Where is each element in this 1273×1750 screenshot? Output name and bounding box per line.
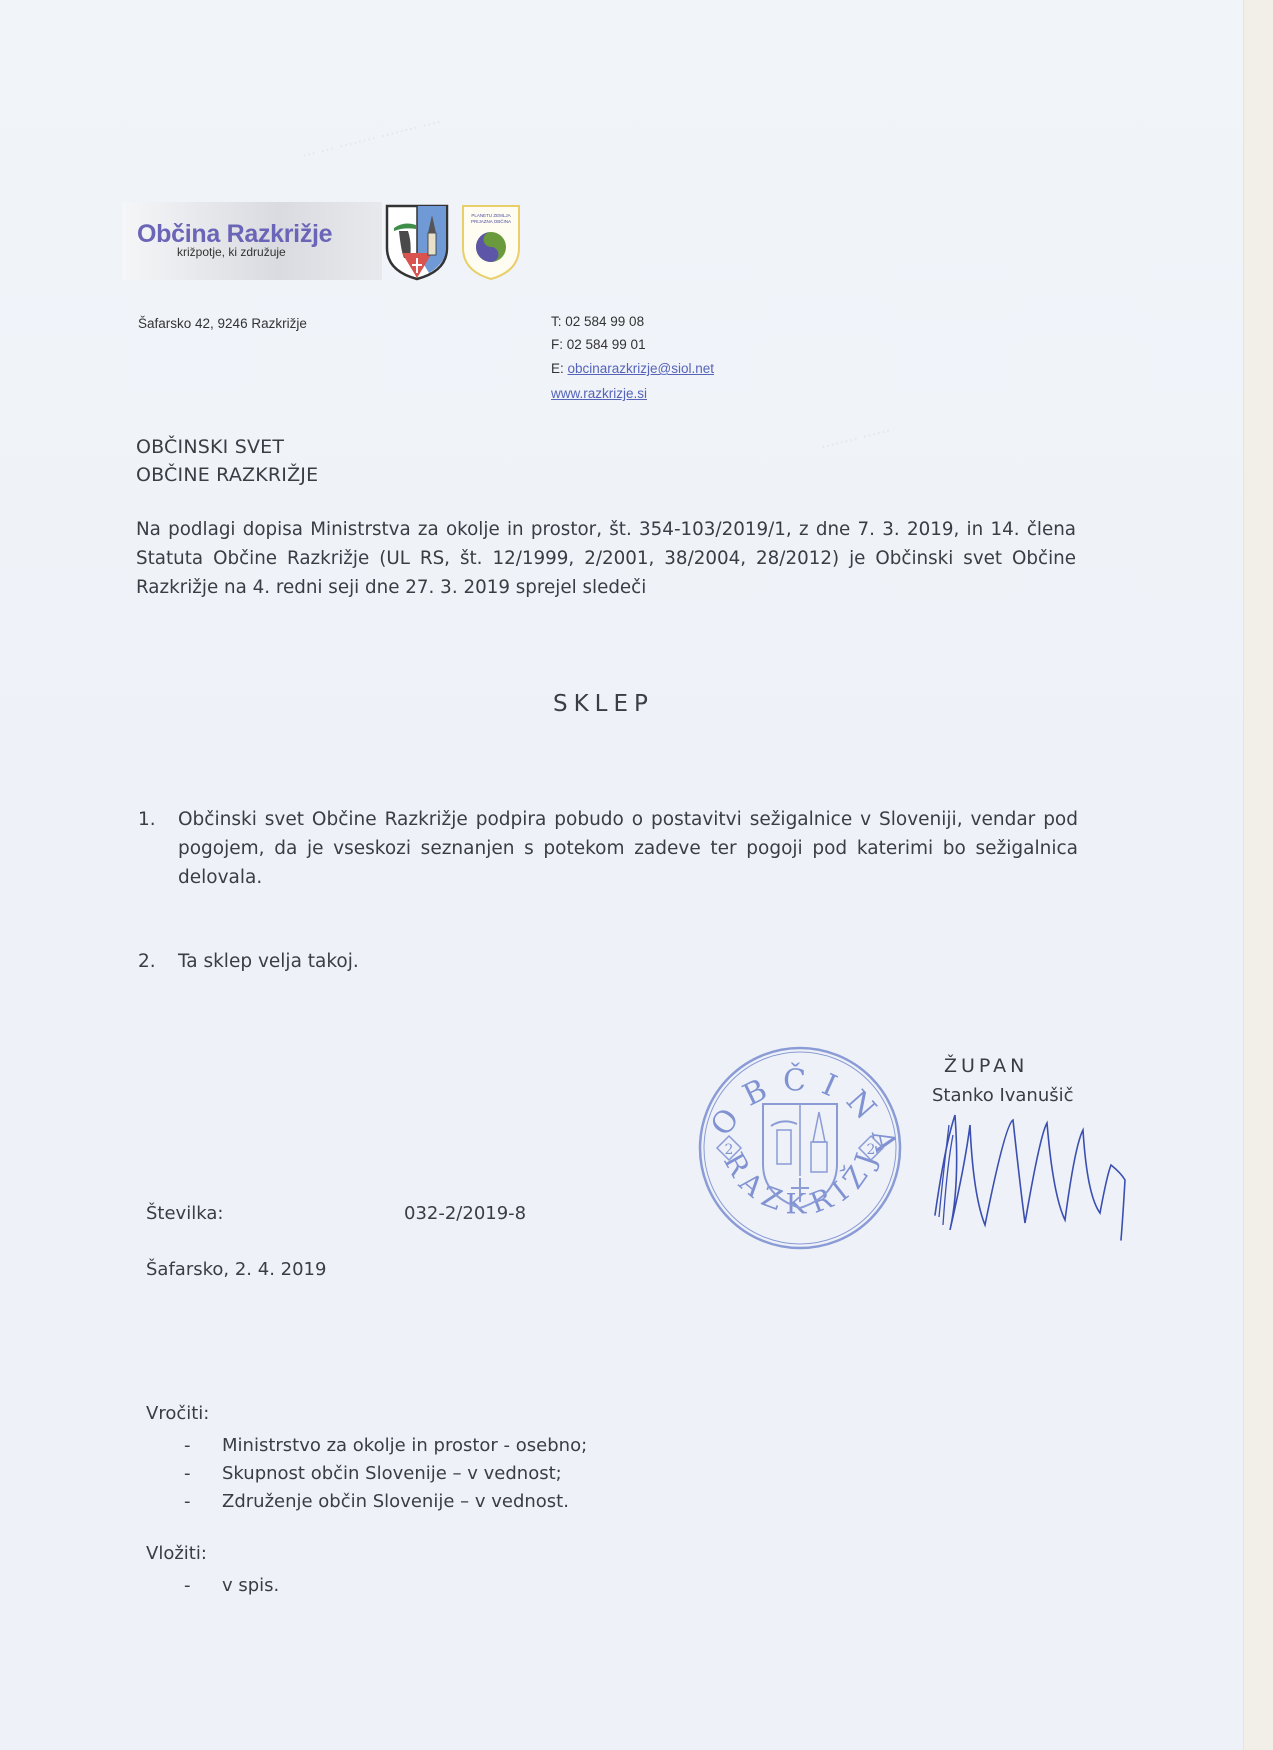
list-item-text: Združenje občin Slovenije – v vednost. [222, 1488, 569, 1516]
email-prefix: E: [551, 361, 568, 376]
website-link[interactable]: www.razkrizje.si [551, 386, 647, 401]
recipient-line-1: OBČINSKI SVET [136, 436, 284, 458]
item-text: Občinski svet Občine Razkrižje podpira p… [178, 805, 1078, 892]
intro-paragraph: Na podlagi dopisa Ministrstva za okolje … [136, 515, 1076, 602]
svg-text:PRIJAZNA OBČINA: PRIJAZNA OBČINA [471, 218, 511, 224]
list-item-text: Skupnost občin Slovenije – v vednost; [222, 1460, 562, 1488]
municipal-coat-of-arms-icon [384, 203, 450, 281]
item-number: 1. [138, 805, 156, 834]
file-to-label: Vložiti: [146, 1543, 207, 1564]
deliver-to-label: Vročiti: [146, 1403, 209, 1424]
document-number-value: 032-2/2019-8 [404, 1203, 526, 1224]
mayor-title: ŽUPAN [944, 1055, 1028, 1077]
item-text: Ta sklep velja takoj. [178, 947, 1078, 976]
brand-tagline: križpotje, ki združuje [177, 245, 286, 259]
fax-number: F: 02 584 99 01 [551, 337, 646, 352]
email-line: E: obcinarazkrizje@siol.net [551, 361, 714, 376]
phone-number: T: 02 584 99 08 [551, 314, 644, 329]
bullet-dash: - [184, 1460, 191, 1488]
mayor-name: Stanko Ivanušič [932, 1085, 1074, 1106]
email-link[interactable]: obcinarazkrizje@siol.net [568, 361, 715, 376]
official-stamp: OBČINA RAZKRIŽJE 2 2 [693, 1046, 907, 1250]
svg-text:PLANETU ZEMLJA: PLANETU ZEMLJA [471, 213, 510, 218]
bullet-dash: - [184, 1572, 191, 1600]
resolution-item: 2. Ta sklep velja takoj. [138, 947, 1078, 977]
document-title: SKLEP [553, 691, 654, 717]
bullet-dash: - [184, 1432, 191, 1460]
page-edge [1243, 0, 1273, 1750]
address: Šafarsko 42, 9246 Razkrižje [138, 316, 307, 331]
document-number-label: Številka: [146, 1203, 223, 1224]
recipient-line-2: OBČINE RAZKRIŽJE [136, 464, 318, 486]
list-item-text: Ministrstvo za okolje in prostor - osebn… [222, 1432, 587, 1460]
item-number: 2. [138, 947, 156, 976]
handwritten-signature [925, 1105, 1135, 1245]
list-item-text: v spis. [222, 1572, 279, 1600]
svg-text:2: 2 [725, 1142, 734, 1158]
resolution-item: 1. Občinski svet Občine Razkrižje podpir… [138, 805, 1078, 895]
place-and-date: Šafarsko, 2. 4. 2019 [146, 1259, 326, 1280]
bullet-dash: - [184, 1488, 191, 1516]
svg-text:2: 2 [867, 1142, 876, 1158]
planet-earth-friendly-municipality-badge-icon: PLANETU ZEMLJA PRIJAZNA OBČINA [460, 203, 522, 281]
